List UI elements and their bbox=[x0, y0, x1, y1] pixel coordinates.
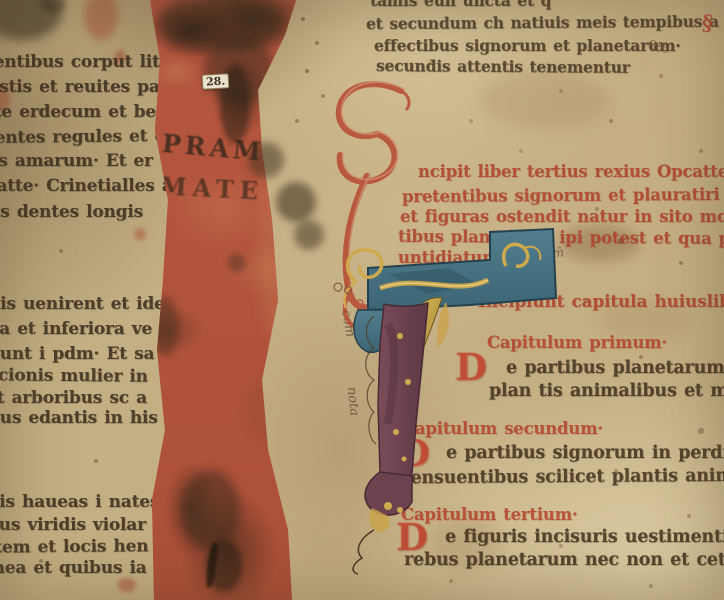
water-stain bbox=[480, 70, 610, 130]
manuscript-text-line: et secundum ch natiuis meis tempibus a bbox=[366, 12, 719, 33]
manuscript-text-line: zatte· Crinetialles a bbox=[0, 176, 173, 196]
rubric-line: ncipit liber tertius rexius Opcattes in bbox=[418, 162, 724, 181]
grime-patch bbox=[248, 142, 284, 178]
manuscript-text-line: ltem et locis hen bbox=[0, 536, 148, 557]
red-pigment-smudge bbox=[134, 228, 146, 240]
manuscript-text-line: na et inferiora ve bbox=[0, 319, 152, 339]
manuscript-text-line: ois haueas i nates bbox=[0, 492, 159, 512]
paragraph-mark: § bbox=[700, 9, 714, 35]
manuscript-text-line: bus edantis in his bbox=[0, 408, 158, 428]
manuscript-text-line: us amarum· Et er bbox=[0, 151, 153, 171]
manuscript-text-line: tentibus corput lit p bbox=[0, 52, 179, 72]
manuscript-text-line: effectibus signorum et planetarum· bbox=[374, 36, 681, 55]
manuscript-text-line: et arboribus sc a bbox=[0, 388, 147, 408]
shelf-label: 28. bbox=[202, 73, 230, 89]
rubric-line: pretentibus signorum et plauratiri o bbox=[402, 185, 724, 206]
illuminated-initial-t bbox=[328, 224, 568, 574]
red-pigment-smudge bbox=[84, 0, 118, 40]
pigment-fade bbox=[246, 380, 286, 440]
manuscript-text-line: tamis eun uncta et q bbox=[370, 0, 551, 10]
manuscript-text-line: nis uenirent et ide bbox=[0, 294, 165, 314]
manuscript-text-line: tentes regules et eq bbox=[0, 126, 177, 148]
spine-title-line2: MATE bbox=[159, 171, 264, 205]
manuscript-text-line: us dentes longis bbox=[0, 202, 143, 222]
red-pigment-smudge bbox=[118, 578, 136, 592]
grime-patch bbox=[228, 254, 246, 272]
manuscript-text-line: mea et quibus ia bbox=[0, 558, 147, 578]
manuscript-text-line: acionis mulier in bbox=[0, 365, 148, 386]
grime-patch bbox=[294, 220, 324, 250]
manuscript-text-line: bus viridis violar bbox=[0, 515, 146, 535]
foxing-specks bbox=[0, 0, 2, 2]
grime-patch bbox=[276, 182, 316, 222]
manuscript-photo: tentibus corput lit p ostis et reuites p… bbox=[0, 0, 724, 600]
grime-patch bbox=[146, 200, 160, 280]
manuscript-text-line: ostis et reuites pa bbox=[0, 77, 160, 97]
manuscript-text-line: tte erdecum et beni bbox=[0, 102, 174, 122]
grime-patch bbox=[180, 470, 240, 550]
red-spine-band: 28. PRAMI MATE bbox=[146, 0, 298, 600]
manuscript-text-line: bunt i pdm· Et sa bbox=[0, 344, 154, 364]
